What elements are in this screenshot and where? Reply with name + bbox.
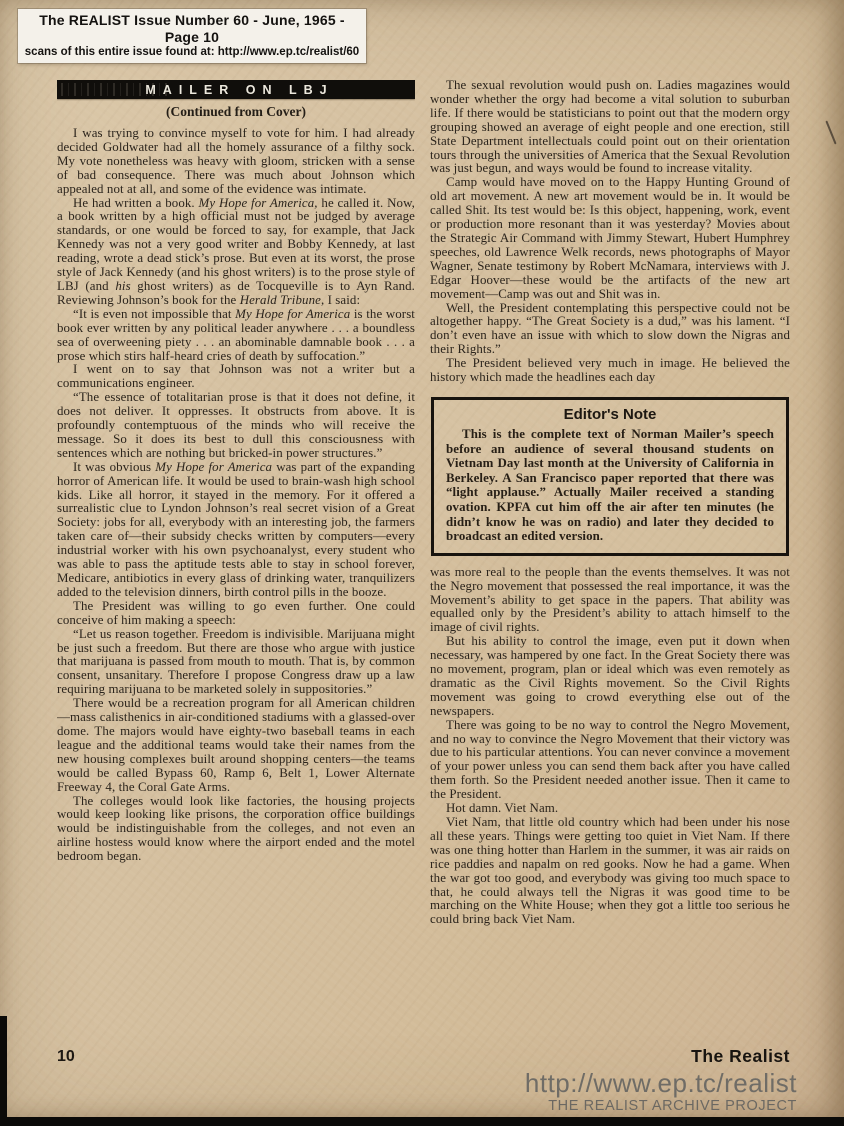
continued-from-cover: (Continued from Cover) [57, 104, 415, 120]
scanned-magazine-page: The REALIST Issue Number 60 - June, 1965… [0, 0, 844, 1126]
editors-note-box: Editor's Note This is the complete text … [431, 397, 789, 556]
paragraph: There would be a recreation program for … [57, 697, 415, 794]
paragraph: But his ability to control the image, ev… [430, 635, 790, 718]
archive-project-label: THE REALIST ARCHIVE PROJECT [548, 1098, 797, 1114]
paragraph: “Let us reason together. Freedom is indi… [57, 628, 415, 698]
issue-title: The REALIST Issue Number 60 - June, 1965… [24, 12, 360, 46]
scan-source-note: scans of this entire issue found at: htt… [24, 46, 360, 59]
archive-header-label: The REALIST Issue Number 60 - June, 1965… [18, 9, 366, 63]
paragraph: The colleges would look like factories, … [57, 795, 415, 865]
paragraph: I went on to say that Johnson was not a … [57, 363, 415, 391]
paragraph: I was trying to convince myself to vote … [57, 127, 415, 197]
paragraph: Well, the President contemplating this p… [430, 302, 790, 358]
paragraph: The President was willing to go even fur… [57, 600, 415, 628]
left-column: MAILER ON LBJ (Continued from Cover) I w… [57, 80, 415, 1070]
editors-note-body: This is the complete text of Norman Mail… [446, 427, 774, 544]
right-column-text-before-note: The sexual revolution would push on. Lad… [430, 79, 790, 385]
magazine-name: The Realist [691, 1046, 790, 1067]
right-column: The sexual revolution would push on. Lad… [430, 79, 790, 1069]
paragraph: The sexual revolution would push on. Lad… [430, 79, 790, 176]
paragraph: Viet Nam, that little old country which … [430, 816, 790, 927]
paragraph: There was going to be no way to control … [430, 719, 790, 802]
paragraph: It was obvious My Hope for America was p… [57, 461, 415, 600]
paragraph: He had written a book. My Hope for Ameri… [57, 197, 415, 308]
article-title-bar: MAILER ON LBJ [57, 80, 415, 99]
scan-edge-left [0, 1016, 7, 1126]
editors-note-title: Editor's Note [446, 406, 774, 423]
pen-mark [825, 121, 836, 145]
bar-ghost-marks [61, 83, 171, 96]
paragraph: Hot damn. Viet Nam. [430, 802, 790, 816]
paragraph: The President believed very much in imag… [430, 357, 790, 385]
archive-url: http://www.ep.tc/realist [525, 1068, 797, 1099]
paragraph: “It is even not impossible that My Hope … [57, 308, 415, 364]
scan-edge-bottom [0, 1117, 844, 1126]
paragraph: “The essence of totalitarian prose is th… [57, 391, 415, 461]
left-column-text: I was trying to convince myself to vote … [57, 127, 415, 864]
page-number: 10 [57, 1048, 75, 1066]
paragraph: was more real to the people than the eve… [430, 566, 790, 636]
right-column-text-after-note: was more real to the people than the eve… [430, 566, 790, 928]
paragraph: Camp would have moved on to the Happy Hu… [430, 176, 790, 301]
